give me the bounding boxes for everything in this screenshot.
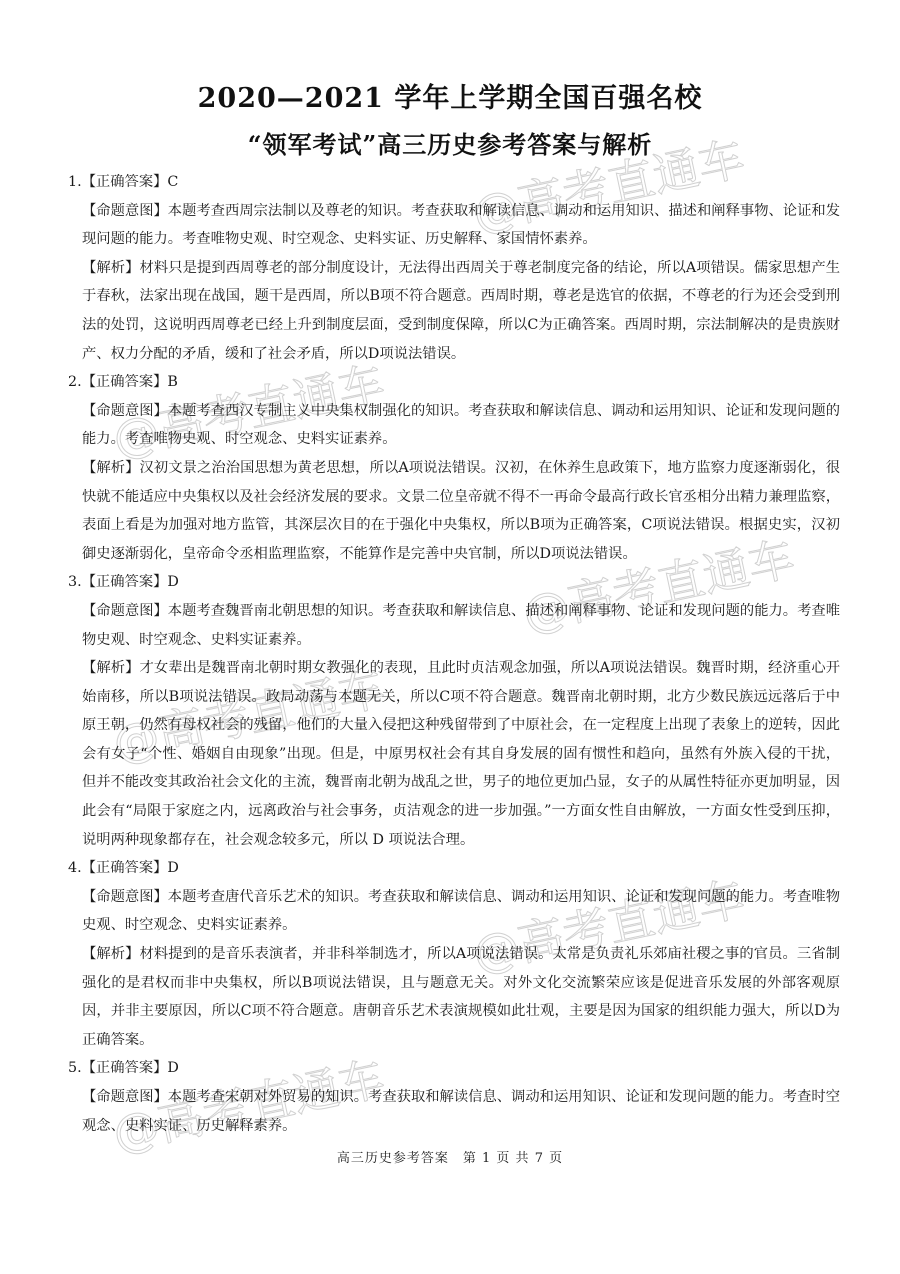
intent-paragraph: 【命题意图】本题考查宋朝对外贸易的知识。考查获取和解读信息、调动和运用知识、论证… — [68, 1083, 840, 1140]
intent-paragraph: 【命题意图】本题考查西汉专制主义中央集权制强化的知识。考查获取和解读信息、调动和… — [68, 397, 840, 454]
answer-heading: 1.【正确答案】C — [68, 168, 840, 197]
document-subtitle: “领军考试”高三历史参考答案与解析 — [0, 125, 900, 160]
analysis-paragraph: 【解析】材料只是提到西周尊老的部分制度设计，无法得出西周关于尊老制度完备的结论，… — [68, 254, 840, 368]
analysis-paragraph: 【解析】汉初文景之治治国思想为黄老思想，所以A项说法错误。汉初，在休养生息政策下… — [68, 454, 840, 568]
question-2: 2.【正确答案】B 【命题意图】本题考查西汉专制主义中央集权制强化的知识。考查获… — [68, 368, 840, 568]
document-title: 2020—2021 学年上学期全国百强名校 — [0, 76, 900, 115]
answer-heading: 2.【正确答案】B — [68, 368, 840, 397]
answer-list: 1.【正确答案】C 【命题意图】本题考查西周宗法制以及尊老的知识。考查获取和解读… — [68, 168, 840, 1140]
analysis-paragraph: 【解析】才女辈出是魏晋南北朝时期女教强化的表现，且此时贞洁观念加强，所以A项说法… — [68, 654, 840, 854]
intent-paragraph: 【命题意图】本题考查魏晋南北朝思想的知识。考查获取和解读信息、描述和阐释事物、论… — [68, 597, 840, 654]
question-5: 5.【正确答案】D 【命题意图】本题考查宋朝对外贸易的知识。考查获取和解读信息、… — [68, 1054, 840, 1140]
question-3: 3.【正确答案】D 【命题意图】本题考查魏晋南北朝思想的知识。考查获取和解读信息… — [68, 568, 840, 854]
question-4: 4.【正确答案】D 【命题意图】本题考查唐代音乐艺术的知识。考查获取和解读信息、… — [68, 854, 840, 1054]
intent-paragraph: 【命题意图】本题考查唐代音乐艺术的知识。考查获取和解读信息、调动和运用知识、论证… — [68, 883, 840, 940]
question-1: 1.【正确答案】C 【命题意图】本题考查西周宗法制以及尊老的知识。考查获取和解读… — [68, 168, 840, 368]
answer-heading: 5.【正确答案】D — [68, 1054, 840, 1083]
answer-heading: 4.【正确答案】D — [68, 854, 840, 883]
analysis-paragraph: 【解析】材料提到的是音乐表演者，并非科举制选才，所以A项说法错误。太常是负责礼乐… — [68, 940, 840, 1054]
intent-paragraph: 【命题意图】本题考查西周宗法制以及尊老的知识。考查获取和解读信息、调动和运用知识… — [68, 197, 840, 254]
page-footer: 高三历史参考答案 第 1 页 共 7 页 — [0, 1147, 900, 1166]
answer-heading: 3.【正确答案】D — [68, 568, 840, 597]
